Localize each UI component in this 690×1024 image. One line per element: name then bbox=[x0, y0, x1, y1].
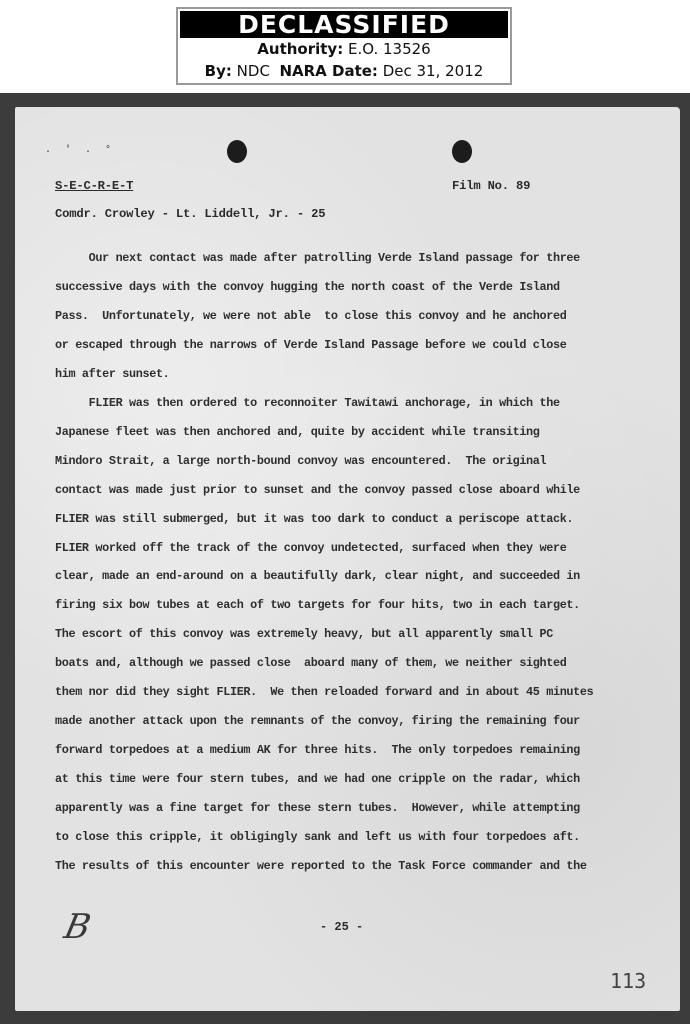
text-line: Our next contact was made after patrolli… bbox=[55, 251, 580, 265]
text-line: FLIER was still submerged, but it was to… bbox=[55, 512, 573, 526]
text-line: them nor did they sight FLIER. We then r… bbox=[55, 685, 593, 699]
text-line: or escaped through the narrows of Verde … bbox=[55, 338, 566, 352]
text-line: clear, made an end-around on a beautiful… bbox=[55, 569, 580, 583]
film-number: Film No. 89 bbox=[452, 179, 530, 193]
text-line: firing six bow tubes at each of two targ… bbox=[55, 598, 580, 612]
text-line: him after sunset. bbox=[55, 367, 169, 381]
text-line: Pass. Unfortunately, we were not able to… bbox=[55, 309, 566, 323]
authority-label: Authority: bbox=[257, 40, 343, 58]
by-label: By: bbox=[205, 62, 232, 80]
text-line: made another attack upon the remnants of… bbox=[55, 714, 580, 728]
text-line: successive days with the convoy hugging … bbox=[55, 280, 560, 294]
document-header: Comdr. Crowley - Lt. Liddell, Jr. - 25 bbox=[55, 207, 325, 221]
text-line: at this time were four stern tubes, and … bbox=[55, 772, 580, 786]
stamp-title: DECLASSIFIED bbox=[180, 11, 508, 38]
text-line: FLIER worked off the track of the convoy… bbox=[55, 541, 566, 555]
text-line: Japanese fleet was then anchored and, qu… bbox=[55, 425, 540, 439]
text-line: FLIER was then ordered to reconnoiter Ta… bbox=[55, 396, 560, 410]
stamp-authority: Authority: E.O. 13526 bbox=[178, 38, 510, 60]
text-line: forward torpedoes at a medium AK for thr… bbox=[55, 743, 580, 757]
classification-marking: S-E-C-R-E-T bbox=[55, 179, 133, 193]
text-line: to close this cripple, it obligingly san… bbox=[55, 830, 580, 844]
text-line: apparently was a fine target for these s… bbox=[55, 801, 580, 815]
by-value: NDC bbox=[237, 62, 270, 80]
declassified-stamp: DECLASSIFIED Authority: E.O. 13526 By: N… bbox=[176, 7, 512, 85]
punch-hole-right bbox=[452, 140, 472, 163]
ink-specks: . ' . ° bbox=[45, 145, 115, 156]
scanned-page: . ' . ° S-E-C-R-E-T Film No. 89 Comdr. C… bbox=[0, 93, 690, 1024]
text-line: Mindoro Strait, a large north-bound conv… bbox=[55, 454, 546, 468]
handwritten-initials: B bbox=[61, 907, 95, 947]
text-line: The results of this encounter were repor… bbox=[55, 859, 587, 873]
stamp-by-date: By: NDC NARA Date: Dec 31, 2012 bbox=[178, 60, 510, 82]
text-line: The escort of this convoy was extremely … bbox=[55, 627, 553, 641]
page-number: - 25 - bbox=[320, 920, 363, 934]
date-label: NARA Date: bbox=[279, 62, 377, 80]
archive-number: 113 bbox=[610, 969, 646, 993]
paper-sheet: . ' . ° S-E-C-R-E-T Film No. 89 Comdr. C… bbox=[15, 107, 680, 1011]
authority-value: E.O. 13526 bbox=[348, 40, 431, 58]
text-line: boats and, although we passed close aboa… bbox=[55, 656, 566, 670]
date-value: Dec 31, 2012 bbox=[383, 62, 484, 80]
text-line: contact was made just prior to sunset an… bbox=[55, 483, 580, 497]
punch-hole-left bbox=[227, 140, 247, 163]
